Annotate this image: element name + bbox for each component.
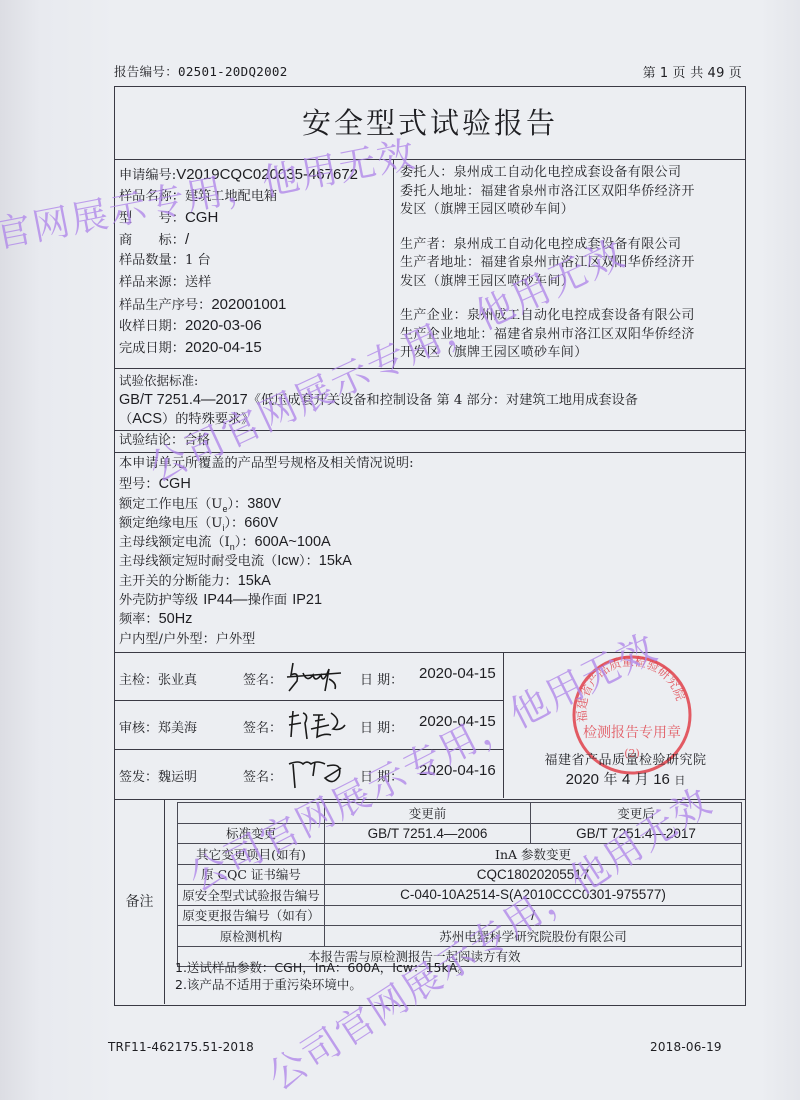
spec-in-label: 主母线额定电流（I [119, 535, 230, 550]
notes-block: 备注 变更前变更后标准变更GB/T 7251.4—2006GB/T 7251.4… [115, 799, 745, 1005]
sample-info-value: 2020-04-15 [185, 339, 262, 356]
change-value: C-040-10A2514-S(A2010CCC0301-975577) [325, 885, 742, 906]
page-prefix: 第 [643, 66, 656, 81]
change-table-row: 原检测机构苏州电器科学研究院股份有限公司 [178, 926, 742, 947]
standard-acs: ACS [132, 411, 162, 427]
spec-ip-label: 外壳防护等级 [119, 593, 198, 608]
sample-info-row: 样品来源：送样 [119, 272, 393, 294]
test-conclusion-label: 试验结论： [119, 433, 184, 448]
issue-date: 2020 年 4 月 16 日 [504, 769, 747, 789]
spec-ue-value: 380V [247, 496, 281, 512]
remark-2: 2.该产品不适用于重污染环境中。 [175, 976, 470, 993]
client-address: 委托人地址：福建省泉州市洛江区双阳华侨经济开 [400, 183, 743, 202]
approver-date: 2020-04-16 [419, 762, 496, 779]
svg-text:福建省产品质量检验研究院: 福建省产品质量检验研究院 [574, 653, 688, 722]
change-item: 原变更报告编号（如有） [178, 905, 325, 926]
producer-address: 生产者地址：福建省泉州市洛江区双阳华侨经济开 [400, 254, 743, 273]
client-address-label: 委托人地址： [400, 184, 480, 199]
change-value: 苏州电器科学研究院股份有限公司 [325, 926, 742, 947]
spec-in-close: ）： [235, 535, 255, 550]
cell-text: / [531, 908, 535, 923]
sample-info-label: 商 标： [119, 233, 185, 248]
change-item: 其它变更项目(如有) [178, 844, 325, 865]
change-table-row: 原安全型式试验报告编号C-040-10A2514-S(A2010CCC0301-… [178, 885, 742, 906]
page-indicator: 第1页 共49页 [641, 62, 744, 81]
signature-rows: 主检：张业真 签名： 日 期： 2020-04-15 审核：郑美海 签名： 日 … [115, 653, 504, 798]
cell-text: CQC18020205517 [477, 867, 590, 882]
report-title: 安全型式试验报告 [115, 87, 745, 160]
cell-text: 苏州电器科学研究院股份有限公司 [439, 929, 627, 944]
sample-info-value: 2020-03-06 [185, 317, 262, 334]
cell-text: 原变更报告编号（如有） [182, 908, 320, 923]
signature-row-approver: 签发：魏运明 签名： 日 期： 2020-04-16 [115, 750, 503, 798]
sample-info-row: 申请编号:V2019CQC020035-467672 [119, 164, 393, 186]
cell-text: C-040-10A2514-S(A2010CCC0301-975577) [400, 887, 666, 902]
issuer-area: 福建省产品质量检验研究院 检测报告专用章 (2) 福建省产品质量检验研究院 20… [504, 653, 747, 798]
spec-model-value: CGH [159, 476, 191, 492]
factory-block: 生产企业：泉州成工自动化电控成套设备有限公司 生产企业地址：福建省泉州市洛江区双… [400, 307, 743, 363]
issue-day: 16 [653, 771, 670, 788]
spec-ui: 额定绝缘电压（Ui）：660V [119, 512, 741, 531]
report-number-value: 02501-20DQ2002 [178, 64, 288, 79]
approver-signature-icon [285, 756, 349, 792]
client-value: 泉州成工自动化电控成套设备有限公司 [454, 165, 682, 180]
cell-text: 原 CQC 证书编号 [201, 867, 301, 882]
seal-top-text: 福建省产品质量检验研究院 [574, 653, 688, 722]
issue-year: 2020 [566, 771, 599, 788]
test-standard-label: 试验依据标准: [119, 371, 741, 391]
inspector-sign-label: 签名： [243, 669, 282, 688]
sample-info-row: 商 标：/ [119, 229, 393, 251]
seal-bottom-text: 检测报告专用章 [583, 724, 681, 741]
sample-info-row: 完成日期：2020-04-15 [119, 337, 393, 359]
signature-row-inspector: 主检：张业真 签名： 日 期： 2020-04-15 [115, 653, 503, 701]
spec-icw-label: 主母线额定短时耐受电流（ [119, 554, 277, 569]
report-frame: 安全型式试验报告 申请编号:V2019CQC020035-467672样品名称：… [114, 86, 746, 1006]
client: 委托人：泉州成工自动化电控成套设备有限公司 [400, 164, 743, 183]
spec-model-label: 型号： [119, 477, 159, 492]
test-conclusion: 试验结论：合格 [115, 431, 745, 453]
sample-info-label: 型 号： [119, 211, 185, 226]
factory-label: 生产企业： [400, 308, 467, 323]
approver-sign-label: 签名： [243, 766, 282, 785]
spec-icw: 主母线额定短时耐受电流（Icw）：15kA [119, 550, 741, 569]
spec-ui-label: 额定绝缘电压（U [119, 516, 222, 531]
sample-info-label: 申请编号: [119, 168, 176, 183]
test-standard: 试验依据标准: GB/T 7251.4—2017《低压成套开关设备和控制设备 第… [115, 368, 745, 431]
client-address-line2: 发区（旗牌王园区喷砂车间） [400, 201, 743, 220]
change-before: GB/T 7251.4—2006 [325, 823, 531, 844]
spec-freq-label: 频率： [119, 612, 159, 627]
spec-ip: 外壳防护等级 IP44—操作面 IP21 [119, 589, 741, 608]
change-table-header: 变更前变更后 [178, 803, 742, 824]
sample-info-label: 收样日期： [119, 319, 185, 334]
spec-breaking-label: 主开关的分断能力： [119, 574, 238, 589]
factory-address-label: 生产企业地址： [400, 327, 494, 342]
standard-code: GB/T 7251.4—2017 [119, 392, 248, 408]
spec-freq-value: 50Hz [159, 611, 193, 627]
change-table-row: 标准变更GB/T 7251.4—2006GB/T 7251.4—2017 [178, 823, 742, 844]
issue-month-unit: 月 [635, 772, 649, 788]
sample-info-label: 样品生产序号： [119, 298, 211, 313]
factory-address-line1: 福建省泉州市洛江区双阳华侨经济 [494, 327, 695, 342]
client-address-line1: 福建省泉州市洛江区双阳华侨经济开 [480, 184, 694, 199]
sample-info-value: 202001001 [211, 296, 286, 313]
standard-paren-open: （ [119, 412, 132, 427]
change-table-row: 原 CQC 证书编号CQC18020205517 [178, 864, 742, 885]
sample-info: 申请编号:V2019CQC020035-467672样品名称：建筑工地配电箱型 … [115, 160, 394, 368]
factory: 生产企业：泉州成工自动化电控成套设备有限公司 [400, 307, 743, 326]
producer: 生产者：泉州成工自动化电控成套设备有限公司 [400, 236, 743, 255]
producer-label: 生产者： [400, 237, 454, 252]
header-cell: 变更前 [325, 803, 531, 824]
producer-address-line2: 发区（旗牌王园区喷砂车间） [400, 273, 743, 292]
sample-info-label: 样品数量： [119, 253, 185, 268]
test-standard-line2: （ACS）的特殊要求》 [119, 410, 741, 430]
cell-text: GB/T 7251.4—2006 [368, 826, 488, 841]
cell-text: GB/T 7251.4—2017 [576, 826, 696, 841]
approver-role: 签发：魏运明 [119, 766, 197, 785]
change-item: 原安全型式试验报告编号 [178, 885, 325, 906]
change-value: / [325, 905, 742, 926]
form-number: TRF11-462175.51-2018 [108, 1040, 254, 1054]
client-label: 委托人： [400, 165, 454, 180]
spec-icw-unit: Icw [277, 553, 299, 569]
sample-info-value: 建筑工地配电箱 [185, 189, 277, 204]
sample-info-value: V2019CQC020035-467672 [176, 166, 358, 183]
spec-model: 型号：CGH [119, 473, 741, 492]
standard-title-2: ）的特殊要求》 [162, 412, 254, 427]
spec-ip-inner: IP21 [292, 592, 322, 608]
sample-info-value: 1 台 [185, 253, 211, 268]
party-info: 委托人：泉州成工自动化电控成套设备有限公司 委托人地址：福建省泉州市洛江区双阳华… [394, 160, 747, 368]
inspector-signature-icon [285, 659, 349, 695]
spec-ui-value: 660V [244, 515, 278, 531]
page-current: 1 [660, 66, 669, 81]
specs-heading: 本申请单元所覆盖的产品型号规格及相关情况说明: [119, 454, 741, 473]
change-item: 标准变更 [178, 823, 325, 844]
page-suffix: 页 [729, 66, 742, 81]
inspector-date: 2020-04-15 [419, 665, 496, 682]
spec-in-value: 600A~100A [255, 534, 331, 550]
change-value: CQC18020205517 [325, 864, 742, 885]
change-item: 原 CQC 证书编号 [178, 864, 325, 885]
report-number: 报告编号：02501-20DQ2002 [114, 62, 288, 80]
producer-address-line1: 福建省泉州市洛江区双阳华侨经济开 [480, 255, 694, 270]
sample-info-label: 样品名称： [119, 189, 185, 204]
report-number-label: 报告编号： [114, 64, 178, 79]
notes-label: 备注 [115, 800, 165, 1004]
test-standard-line1: GB/T 7251.4—2017《低压成套开关设备和控制设备 第 4 部分：对建… [119, 391, 741, 411]
reviewer-signature-icon [285, 707, 349, 743]
sample-info-label: 样品来源： [119, 275, 185, 290]
form-date: 2018-06-19 [650, 1040, 722, 1054]
sample-info-row: 型 号：CGH [119, 207, 393, 229]
page-total: 49 [708, 66, 725, 81]
spec-ip-outer: IP44— [203, 592, 247, 608]
header-cell [178, 803, 325, 824]
cell-text: 原检测机构 [220, 929, 283, 944]
cell-text: 原安全型式试验报告编号 [182, 888, 320, 903]
remark-1: 1.送试样品参数：CGH，InA：600A，Icw：15kA。 [175, 959, 470, 976]
signature-row-reviewer: 审核：郑美海 签名： 日 期： 2020-04-15 [115, 701, 503, 749]
change-table-row: 原变更报告编号（如有）/ [178, 905, 742, 926]
producer-address-label: 生产者地址： [400, 255, 480, 270]
change-value: InA 参数变更 [325, 844, 742, 865]
cell-text: InA 参数变更 [495, 847, 571, 862]
spec-indoor-label: 户内型/户外型： [119, 632, 216, 647]
remarks: 1.送试样品参数：CGH，InA：600A，Icw：15kA。 2.该产品不适用… [175, 959, 470, 993]
issue-day-unit: 日 [674, 774, 685, 787]
spec-ip-mid: 操作面 [248, 593, 288, 608]
change-after: GB/T 7251.4—2017 [531, 823, 742, 844]
test-conclusion-value: 合格 [184, 433, 210, 448]
sample-info-row: 收样日期：2020-03-06 [119, 315, 393, 337]
spec-icw-close: ）： [299, 554, 319, 569]
client-block: 委托人：泉州成工自动化电控成套设备有限公司 委托人地址：福建省泉州市洛江区双阳华… [400, 164, 743, 220]
cell-text: 标准变更 [226, 826, 276, 841]
spec-icw-value: 15kA [319, 553, 352, 569]
sample-info-value: / [185, 231, 189, 248]
inspector-date-label: 日 期： [360, 669, 403, 688]
spec-ue-label: 额定工作电压（U [119, 497, 222, 512]
signature-block: 主检：张业真 签名： 日 期： 2020-04-15 审核：郑美海 签名： 日 … [115, 652, 745, 799]
standard-title-1: 《低压成套开关设备和控制设备 第 4 部分：对建筑工地用成套设备 [248, 393, 638, 408]
page-mid: 页 共 [672, 66, 703, 81]
spec-ui-close: ）： [224, 516, 244, 531]
header-cell: 变更后 [531, 803, 742, 824]
issue-month: 4 [622, 771, 630, 788]
product-specs: 本申请单元所覆盖的产品型号规格及相关情况说明: 型号：CGH 额定工作电压（Ue… [115, 453, 745, 652]
sample-info-value: 送样 [185, 275, 211, 290]
sample-info-label: 完成日期： [119, 341, 185, 356]
cell-text: 变更前 [409, 806, 447, 821]
change-table: 变更前变更后标准变更GB/T 7251.4—2006GB/T 7251.4—20… [177, 802, 742, 967]
reviewer-role: 审核：郑美海 [119, 717, 197, 736]
spec-ue: 额定工作电压（Ue）：380V [119, 493, 741, 512]
producer-block: 生产者：泉州成工自动化电控成套设备有限公司 生产者地址：福建省泉州市洛江区双阳华… [400, 236, 743, 292]
approver-date-label: 日 期： [360, 766, 403, 785]
sample-info-row: 样品数量：1 台 [119, 250, 393, 272]
spec-indoor: 户内型/户外型：户外型 [119, 628, 741, 647]
sample-info-row: 样品生产序号：202001001 [119, 294, 393, 316]
change-table-row: 其它变更项目(如有)InA 参数变更 [178, 844, 742, 865]
factory-address: 生产企业地址：福建省泉州市洛江区双阳华侨经济 [400, 326, 743, 345]
spec-freq: 频率：50Hz [119, 608, 741, 627]
issuer-name: 福建省产品质量检验研究院 [504, 749, 747, 768]
cell-text: 变更后 [617, 806, 655, 821]
reviewer-date: 2020-04-15 [419, 713, 496, 730]
sample-info-row: 样品名称：建筑工地配电箱 [119, 186, 393, 208]
factory-value: 泉州成工自动化电控成套设备有限公司 [467, 308, 695, 323]
reviewer-date-label: 日 期： [360, 717, 403, 736]
factory-address-line2: 开发区（旗牌王园区喷砂车间） [400, 344, 743, 363]
spec-ue-close: ）： [227, 497, 247, 512]
spec-in: 主母线额定电流（In）：600A~100A [119, 531, 741, 550]
change-item: 原检测机构 [178, 926, 325, 947]
issue-year-unit: 年 [603, 772, 617, 788]
producer-value: 泉州成工自动化电控成套设备有限公司 [454, 237, 682, 252]
reviewer-sign-label: 签名： [243, 717, 282, 736]
spec-breaking: 主开关的分断能力：15kA [119, 570, 741, 589]
inspector-role: 主检：张业真 [119, 669, 197, 688]
cell-text: 其它变更项目(如有) [196, 847, 306, 862]
sample-info-value: CGH [185, 209, 218, 226]
spec-breaking-value: 15kA [238, 573, 271, 589]
spec-indoor-value: 户外型 [216, 632, 256, 647]
